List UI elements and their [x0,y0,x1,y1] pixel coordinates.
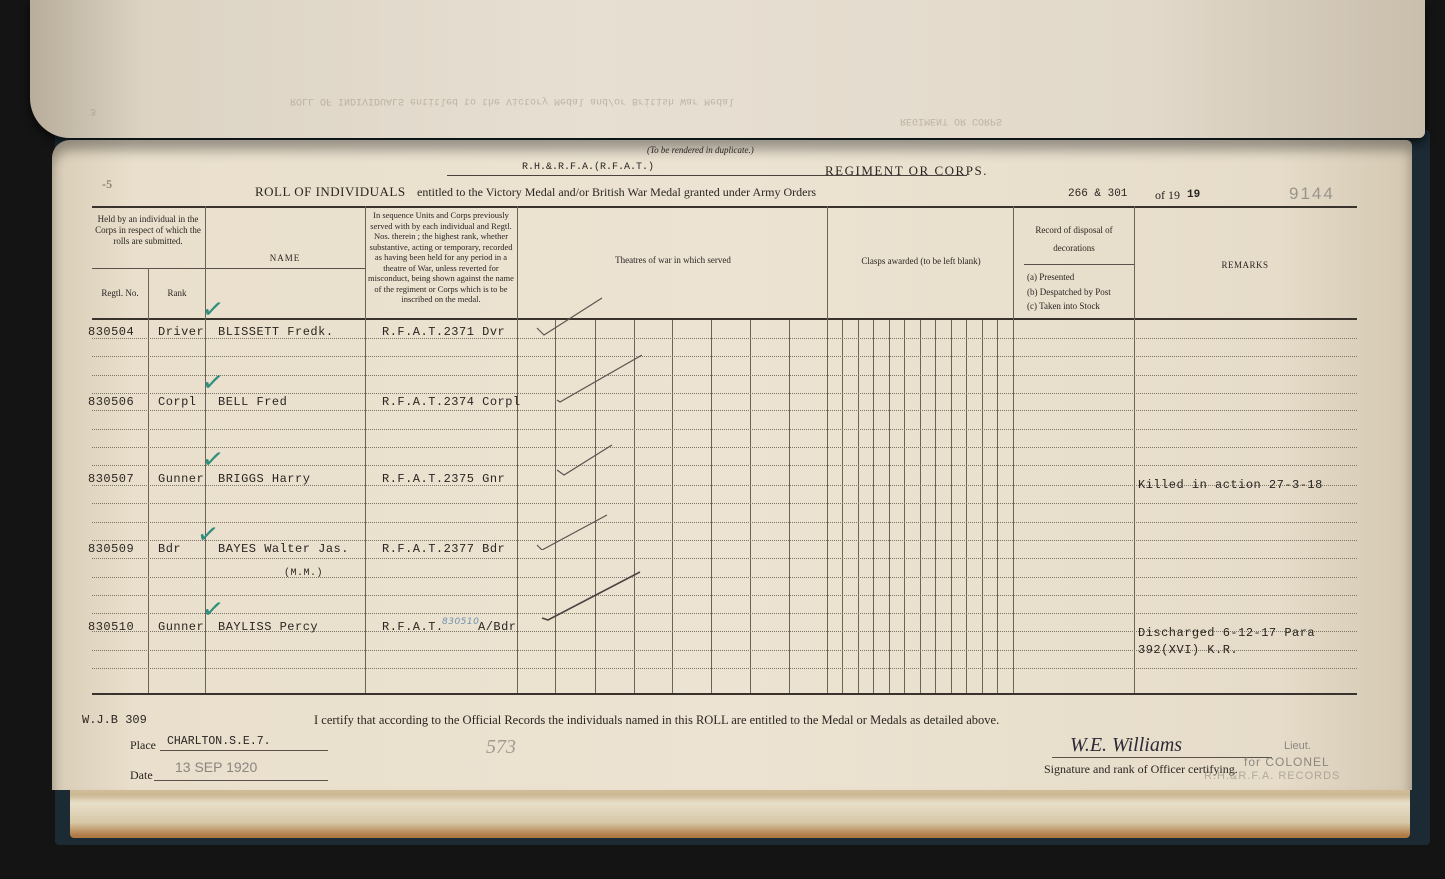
ruled-line [92,393,1357,394]
ruled-line [92,577,1357,578]
stamp-records: R.H.&R.F.A. RECORDS [1204,770,1340,782]
units: R.F.A.T. [382,620,444,634]
rank-header: Rank [148,288,206,299]
regiment-value: R.H.&.R.F.A.(R.F.A.T.) [522,162,654,173]
pencil-note: 573 [486,736,516,759]
remarks: Discharged 6-12-17 Para [1138,626,1315,640]
green-check-icon: ✓ [195,519,221,552]
pencil-tick-mark-icon [540,570,650,625]
certification-text: I certify that according to the Official… [314,713,999,728]
ruled-line [92,668,1357,669]
rank: Gunner [158,620,204,634]
units: R.F.A.T.2377 Bdr [382,542,505,556]
ruled-line [92,375,1357,376]
col-line-clasps [1013,206,1014,693]
regtl-no: 830509 [88,542,134,556]
pencil-tick-marks-icon [532,290,642,550]
held-by-divider [92,268,365,269]
units: R.F.A.T.2371 Dvr [382,325,505,339]
award-note: (M.M.) [284,568,323,579]
rank: Driver [158,325,204,339]
ruled-line [92,429,1357,430]
date-underline [154,780,328,781]
col-line-regtl [148,268,149,693]
col-line-units [517,206,518,693]
disposal-option-c: (c) Taken into Stock [1027,301,1100,312]
document-page: (To be rendered in duplicate.) R.H.&.R.F… [52,140,1412,790]
theatres-header: Theatres of war in which served [518,255,828,266]
rank: Bdr [158,542,181,556]
ruled-line [92,356,1357,357]
army-orders-number: 266 & 301 [1068,188,1127,200]
rank: Gunner [158,472,204,486]
rank: Corpl [158,395,197,409]
ruled-line [92,595,1357,596]
date-stamp: 13 SEP 1920 [175,759,257,775]
units: R.F.A.T.2375 Gnr [382,472,505,486]
roll-title: ROLL OF INDIVIDUALS [255,184,406,200]
clerk-reference: W.J.B 309 [82,713,147,727]
regtl-no-header: Regtl. No. [92,288,148,299]
ruled-line [92,447,1357,448]
remarks-continued: 392(XVI) K.R. [1138,643,1238,657]
place-underline [160,750,328,751]
officer-signature: W.E. Williams [1070,734,1182,757]
clasps-header: Clasps awarded (to be left blank) [828,256,1014,267]
roll-subtitle: entitled to the Victory Medal and/or Bri… [417,185,816,200]
date-label: Date [130,768,153,783]
regiment-label: REGIMENT OR CORPS. [825,163,988,179]
regtl-no: 830504 [88,325,134,339]
table-bottom-rule [92,693,1357,695]
ruled-line [92,540,1357,541]
duplicate-note: (To be rendered in duplicate.) [647,145,754,155]
remarks-header: REMARKS [1135,260,1355,271]
stamp-rank: Lieut. [1284,740,1311,752]
name: BRIGGS Harry [218,472,310,486]
page-number-stamp: 9144 [1289,184,1335,204]
ruled-line [92,503,1357,504]
units-suffix: A/Bdr [478,620,517,634]
header-bottom-rule [92,318,1357,320]
stamp-for-colonel: for COLONEL [1244,755,1330,769]
signature-line [1052,757,1272,758]
ruled-line [92,558,1357,559]
ruled-line [92,522,1357,523]
name: BAYLISS Percy [218,620,318,634]
place-label: Place [130,738,156,753]
disposal-option-a: (a) Presented [1027,272,1074,283]
previous-page: ROLL OF INDIVIDUALS entitled to the Vict… [30,0,1425,138]
name-header: NAME [205,253,365,264]
header-top-rule [92,206,1357,208]
remarks: Killed in action 27-3-18 [1138,478,1323,492]
disposal-header: Record of disposal of decorations [1014,221,1134,257]
regtl-no: 830510 [88,620,134,634]
col-line-disposal [1134,206,1135,693]
name: BAYES Walter Jas. [218,542,349,556]
units: R.F.A.T.2374 Corpl [382,395,521,409]
name: BLISSETT Fredk. [218,325,334,339]
disposal-divider [1024,264,1134,265]
ruled-line [92,410,1357,411]
regtl-no: 830507 [88,472,134,486]
ruled-line [92,613,1357,614]
col-line-theatres [827,206,828,693]
regtl-no: 830506 [88,395,134,409]
handwritten-number: 830510 [442,617,479,627]
name: BELL Fred [218,395,287,409]
disposal-option-b: (b) Despatched by Post [1027,287,1111,298]
units-header: In sequence Units and Corps previously s… [366,210,516,305]
ruled-line [92,465,1357,466]
year-label: of 19 [1155,188,1180,203]
col-line-name [365,206,366,693]
held-by-header: Held by an individual in the Corps in re… [92,214,204,247]
place-value: CHARLTON.S.E.7. [167,735,271,748]
year-value: 19 [1187,189,1200,201]
green-check-icon: ✓ [200,294,226,327]
margin-mark: -5 [102,177,112,192]
